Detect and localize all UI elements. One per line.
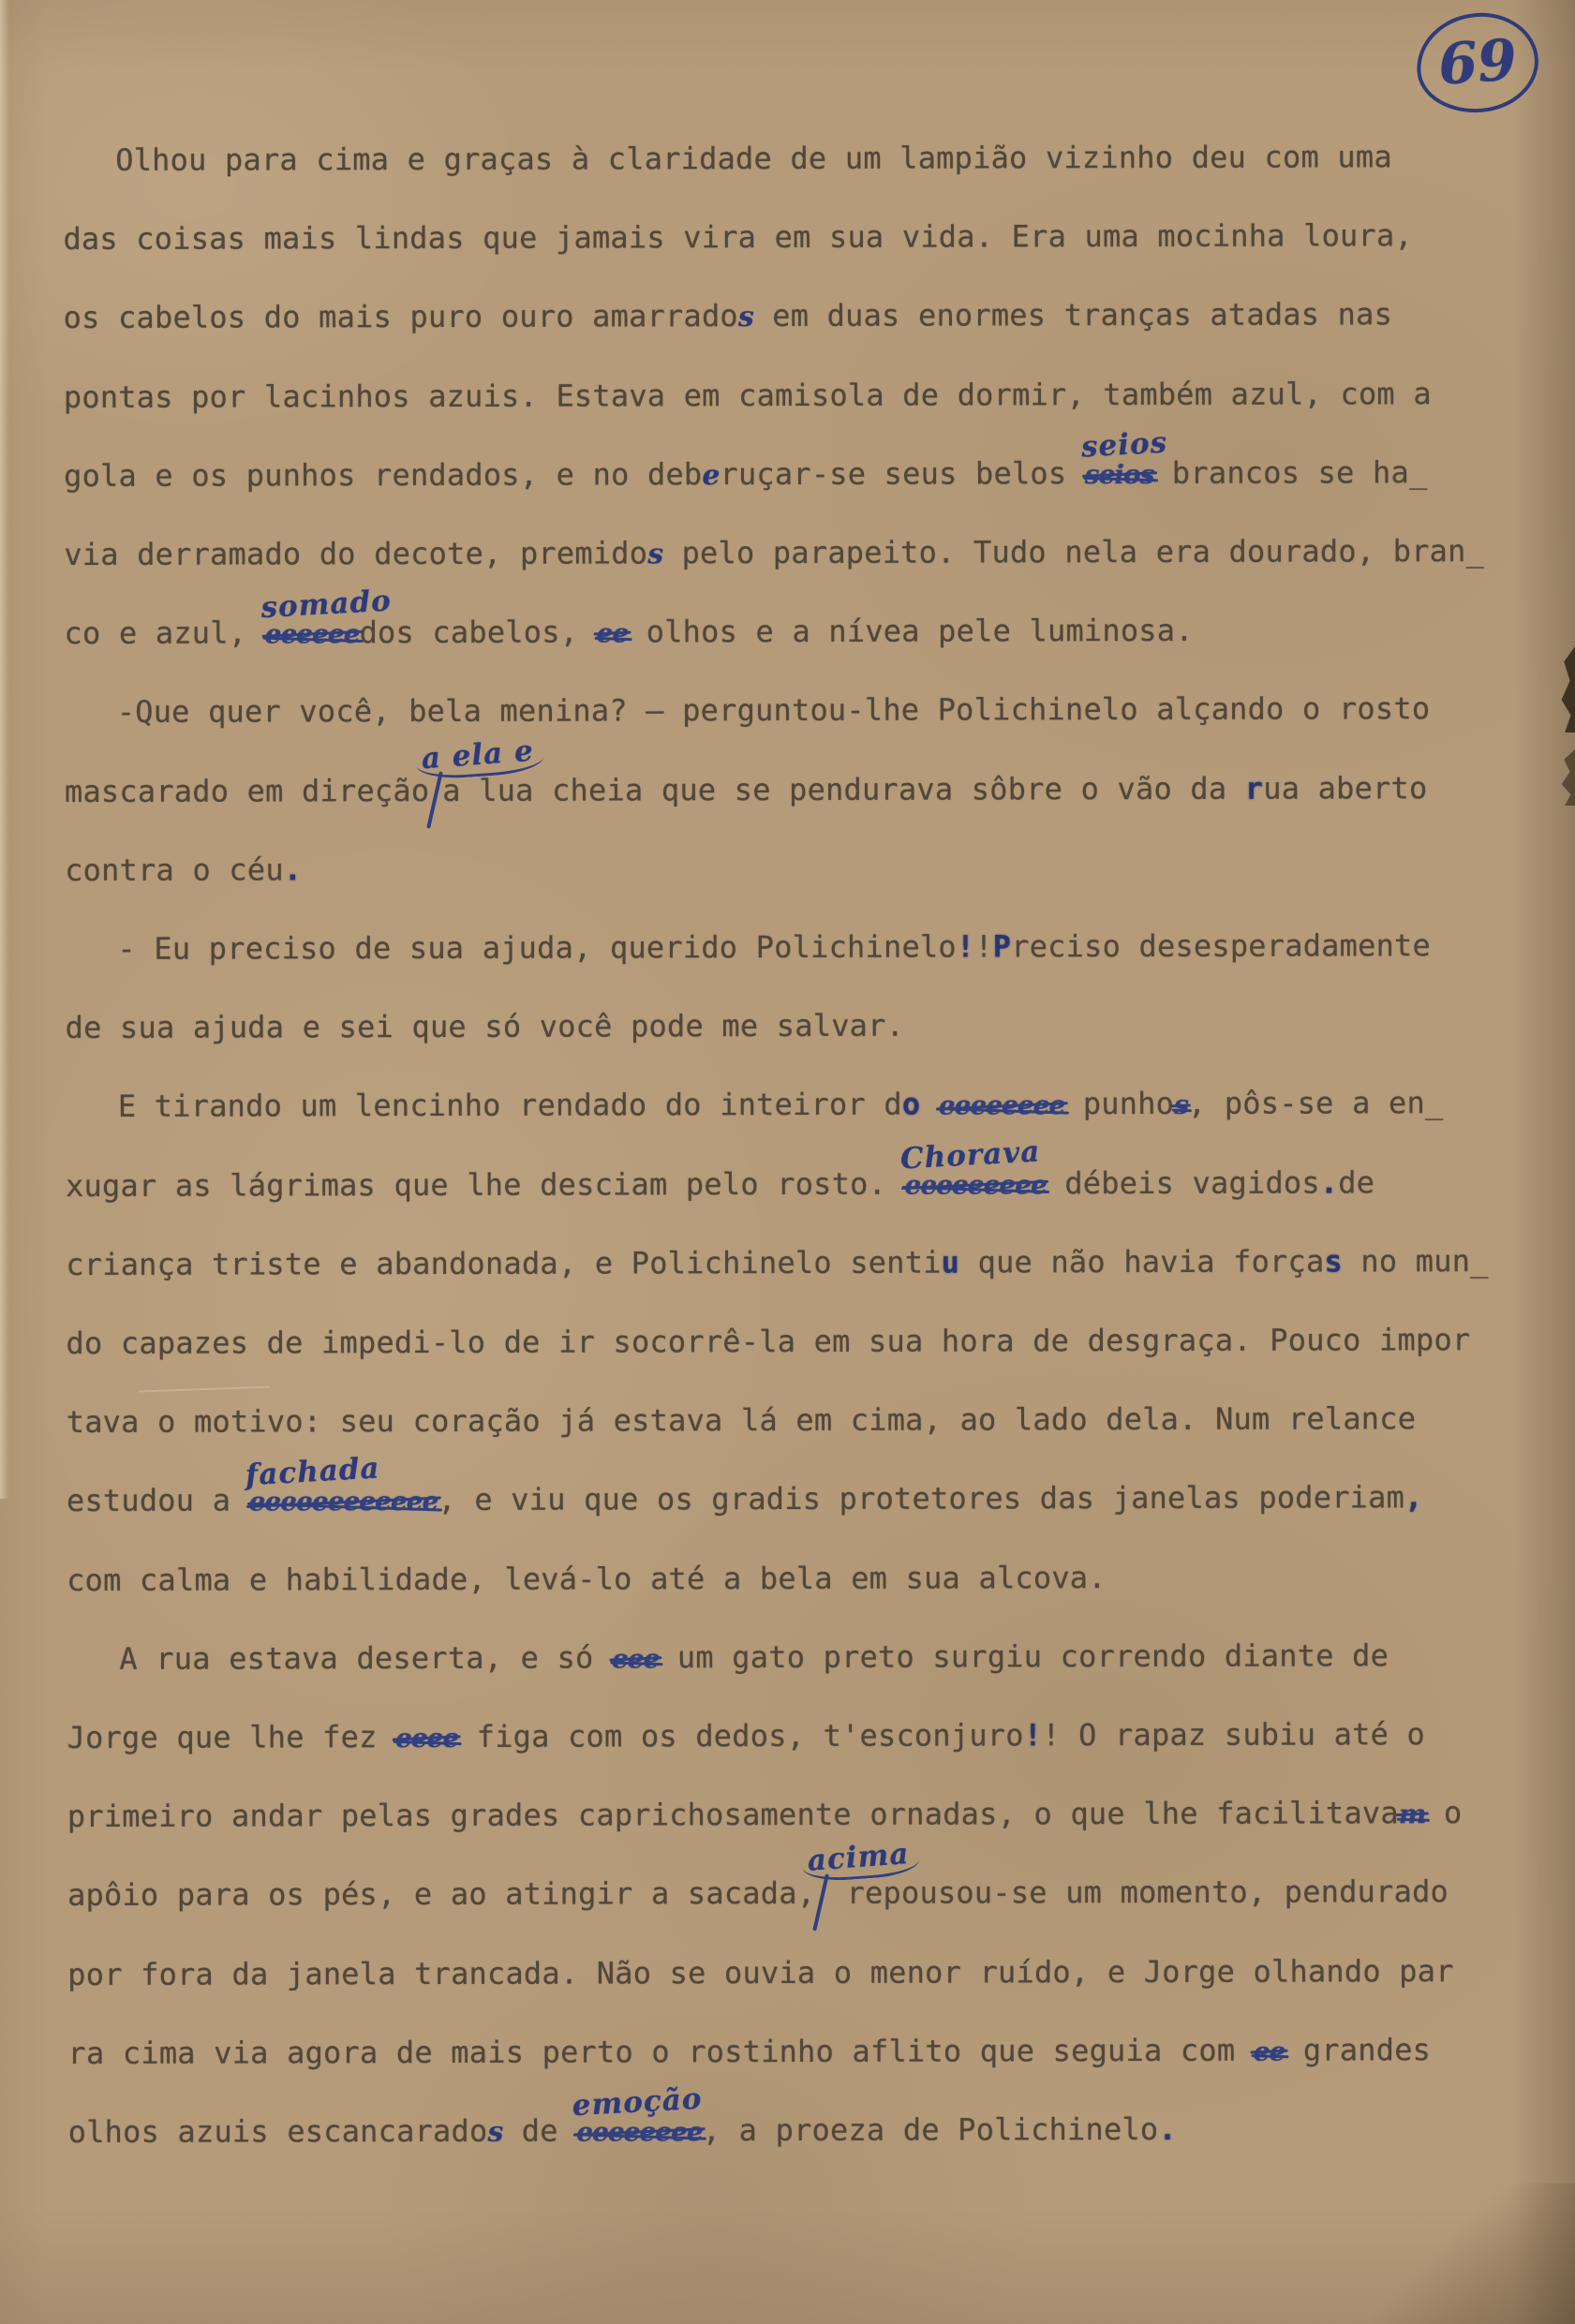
typescript-line: contra o céu. [65, 849, 1526, 890]
typescript-line: Olhou para cima e graças à claridade de … [63, 139, 1575, 180]
typed-text-segment: com calma e habilidade, levá-lo até a be… [67, 1560, 1107, 1598]
typescript-line: de sua ajuda e sei que só você pode me s… [66, 1006, 1527, 1047]
typescript-line: -Que quer você, bela menina? – perguntou… [65, 690, 1575, 732]
handwritten-inline-correction: s [487, 2116, 503, 2149]
typed-text-segment: por fora da janela trancada. Não se ouvi… [67, 1953, 1453, 1992]
typed-text-segment: -Que quer você, bela menina? – perguntou… [117, 691, 1431, 731]
typed-text-segment: Olhou para cima e graças à claridade de … [115, 139, 1392, 178]
typescript-text-block: Olhou para cima e graças à claridade de … [0, 0, 1575, 2324]
ink-overwrite-correction: P [993, 928, 1012, 964]
typed-text-segment: ! O rapaz subiu até o [1042, 1716, 1425, 1753]
typed-text-segment: no mun_ [1343, 1243, 1489, 1279]
typescript-line: estudou a eeeeeeeeeeeefachada, e viu que… [67, 1479, 1528, 1520]
typescript-line: pontas por lacinhos azuis. Estava em cam… [64, 376, 1525, 417]
scribbled-out-word: s [1174, 1089, 1188, 1120]
typed-text-segment: do capazes de impedi-lo de ir socorrê-la… [66, 1322, 1470, 1361]
typed-text-segment [920, 1087, 939, 1122]
ink-overwrite-correction: o [902, 1087, 921, 1122]
ink-overwrite-correction: r [1245, 770, 1264, 806]
handwritten-word-above: seios [1080, 425, 1168, 464]
scribbled-out-word: eeeeeeeeeChorava [904, 1169, 1046, 1200]
scribbled-out-word: eeee [395, 1723, 458, 1754]
typed-text-segment: das coisas mais lindas que jamais vira e… [63, 217, 1413, 257]
typescript-line: ra cima via agora de mais perto o rostin… [67, 2032, 1529, 2073]
typed-text-segment: olhos azuis escancarado [68, 2113, 488, 2150]
typescript-line: com calma e habilidade, levá-lo até a be… [67, 1559, 1528, 1600]
typed-text-segment: o [1425, 1795, 1462, 1830]
handwritten-inline-correction: e [702, 459, 720, 492]
typed-text-segment: gola e os punhos rendados, e no deb [64, 456, 702, 494]
typed-text-segment: que não havia força [959, 1243, 1324, 1280]
scribbled-out-word: seiosseios [1085, 459, 1154, 490]
typed-text-segment: primeiro andar pelas grades caprichosame… [67, 1795, 1399, 1834]
ink-overwrite-correction: . [1320, 1164, 1339, 1200]
typed-text-segment: apôio para os pés, e ao atingir a sacada… [67, 1875, 815, 1913]
handwritten-word-above: Chorava [900, 1134, 1042, 1176]
typescript-line: os cabelos do mais puro ouro amarrados e… [64, 296, 1525, 337]
typescript-line: tava o motivo: seu coração já estava lá … [67, 1400, 1528, 1442]
typed-text-segment: , e viu que os gradis protetores das jan… [438, 1480, 1404, 1518]
typed-text-segment: contra o céu [65, 851, 284, 888]
handwritten-word-above: fachada [245, 1452, 380, 1493]
ink-overwrite-correction: ! [1024, 1717, 1043, 1753]
typed-text-segment: tava o motivo: seu coração já estava lá … [67, 1400, 1417, 1440]
typed-text-segment: A rua estava deserta, e só [119, 1639, 612, 1676]
typed-text-segment: co e azul, [64, 615, 264, 652]
scribbled-out-word: eee [612, 1643, 660, 1674]
typed-text-segment: mascarado em direção [65, 773, 429, 809]
handwritten-inline-correction: s [738, 301, 754, 333]
typed-text-segment: , a proeza de Polichinelo [703, 2111, 1159, 2148]
typescript-line: - Eu preciso de sua ajuda, querido Polic… [65, 927, 1575, 969]
typescript-line: xugar as lágrimas que lhe desciam pelo r… [66, 1164, 1527, 1206]
typescript-line: E tirando um lencinho rendado do inteiro… [66, 1085, 1575, 1126]
typescript-line: co e azul, eeeeeesomadodos cabelos, ee o… [64, 612, 1525, 653]
typed-text-segment: punho [1064, 1086, 1174, 1121]
manuscript-page: { "page": { "number": "69", "margin_mark… [0, 0, 1575, 2324]
typed-text-segment: criança triste e abandonada, e Polichine… [66, 1244, 941, 1281]
typed-text-segment: ua aberto [1263, 770, 1427, 806]
typed-text-segment: estudou a [67, 1483, 249, 1519]
handwritten-word-above: emoção [572, 2082, 704, 2124]
typescript-line: apôio para os pés, e ao atingir a sacada… [67, 1873, 1529, 1915]
typed-text-segment: figa com os dedos, t'esconjuro [458, 1717, 1024, 1754]
typed-text-segment: de [503, 2113, 576, 2149]
typescript-line: do capazes de impedi-lo de ir socorrê-la… [66, 1322, 1527, 1363]
insertion-stroke [812, 1874, 829, 1932]
typed-text-segment: débeis vagidos [1047, 1164, 1320, 1201]
ink-overwrite-correction: , [1404, 1480, 1423, 1516]
handwritten-inline-correction: s [647, 538, 663, 570]
typed-text-segment: brancos se ha_ [1153, 454, 1427, 491]
typed-text-segment: reciso desesperadamente [1011, 927, 1431, 964]
typed-text-segment: ra cima via agora de mais perto o rostin… [67, 2032, 1253, 2070]
typed-text-segment: os cabelos do mais puro ouro amarrado [64, 299, 738, 336]
typed-text-segment: um gato preto surgiu correndo diante de [659, 1637, 1389, 1675]
ink-overwrite-correction: u [942, 1244, 960, 1280]
typed-text-segment: Jorge que lhe fez [67, 1719, 395, 1755]
caret-insertion: acima [815, 1877, 828, 1911]
ink-overwrite-correction: ! [957, 928, 975, 964]
typed-text-segment: dos cabelos, [359, 614, 596, 651]
caret-insertion: a ela e [429, 775, 442, 808]
scribbled-out-word: eeeeeeee [939, 1090, 1065, 1121]
typed-text-segment: de [1338, 1164, 1374, 1200]
typescript-line: por fora da janela trancada. Não se ouvi… [67, 1953, 1529, 1994]
scribbled-out-word: ee [1254, 2035, 1285, 2066]
typescript-line: A rua estava deserta, e só eee um gato p… [67, 1637, 1575, 1679]
typed-text-segment: em duas enormes tranças atadas nas [754, 297, 1392, 334]
typed-text-segment: via derramado do decote, premido [64, 535, 647, 572]
typescript-line: olhos azuis escancarados de eeeeeeeeemoç… [68, 2110, 1530, 2152]
typescript-line: mascarado em direçãoa ela ea lua cheia q… [65, 770, 1526, 811]
typed-text-segment: - Eu preciso de sua ajuda, querido Polic… [117, 929, 957, 967]
ink-overwrite-correction: . [1158, 2111, 1177, 2147]
typed-text-segment: E tirando um lencinho rendado do inteiro… [118, 1087, 902, 1124]
typed-text-segment: , pôs-se a en_ [1188, 1086, 1444, 1122]
typescript-line: das coisas mais lindas que jamais vira e… [63, 217, 1524, 259]
scribbled-out-word: ee [597, 618, 629, 649]
scribbled-out-word: eeeeeeeeemoção [576, 2116, 703, 2147]
typed-text-segment: xugar as lágrimas que lhe desciam pelo r… [66, 1165, 905, 1203]
ink-overwrite-correction: s [1324, 1243, 1343, 1279]
insertion-stroke [426, 771, 443, 828]
scribbled-out-word: eeeeeeeeeeeefachada [249, 1486, 438, 1517]
typed-text-segment: a lua cheia que se pendurava sôbre o vão… [442, 770, 1245, 807]
ink-overwrite-correction: . [284, 851, 303, 887]
typed-text-segment: de sua ajuda e sei que só você pode me s… [66, 1008, 905, 1045]
typescript-line: primeiro andar pelas grades caprichosame… [67, 1795, 1529, 1836]
typed-text-segment: grandes [1285, 2032, 1431, 2067]
typescript-line: via derramado do decote, premidos pelo p… [64, 533, 1525, 574]
typed-text-segment: ! [974, 928, 993, 964]
typed-text-segment: pelo parapeito. Tudo nela era dourado, b… [663, 533, 1484, 570]
scribbled-out-word: eeeeeesomado [265, 618, 360, 649]
scribbled-out-word: m [1399, 1799, 1426, 1829]
typed-text-segment: olhos e a nívea pele luminosa. [628, 613, 1194, 650]
typed-text-segment: ruçar-se seus belos [720, 455, 1084, 492]
typescript-line: criança triste e abandonada, e Polichine… [66, 1243, 1527, 1284]
typed-text-segment: pontas por lacinhos azuis. Estava em cam… [64, 376, 1432, 415]
typescript-line: Jorge que lhe fez eeee figa com os dedos… [67, 1716, 1529, 1757]
typed-text-segment: repousou-se um momento, pendurado [828, 1874, 1449, 1912]
typescript-line: gola e os punhos rendados, e no deberuça… [64, 454, 1525, 496]
